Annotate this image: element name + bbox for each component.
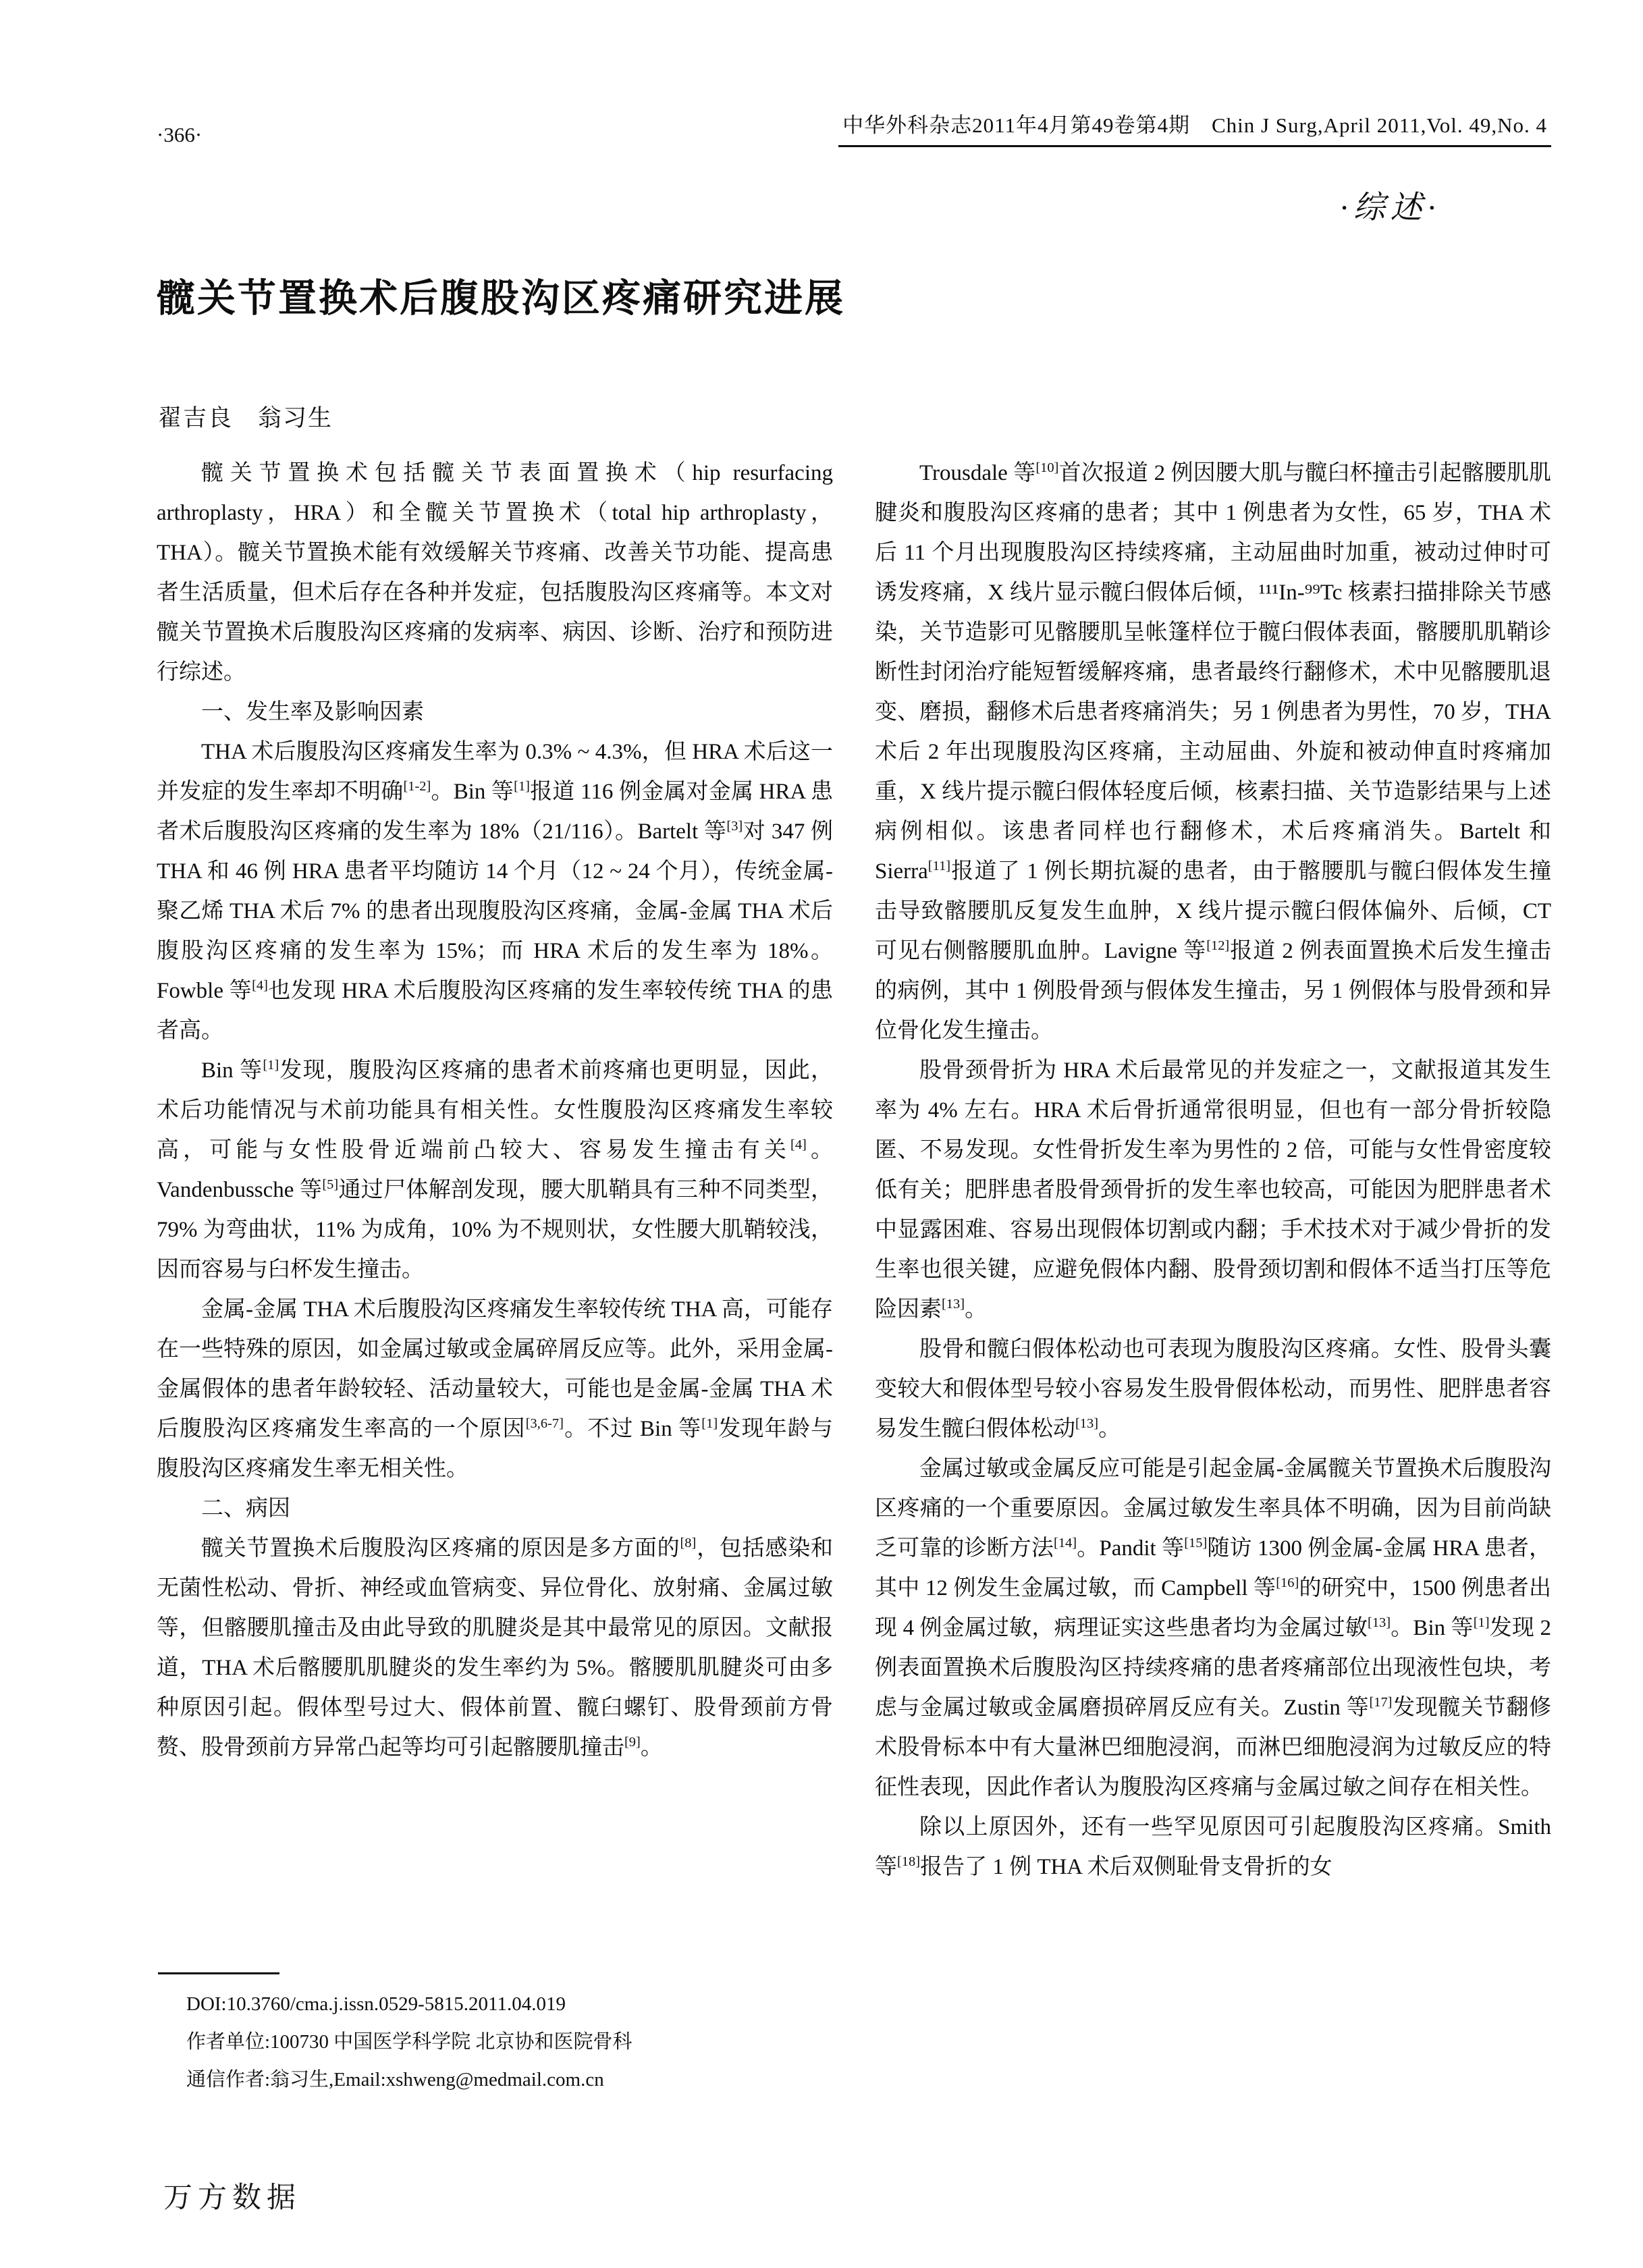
section-heading: 一、发生率及影响因素 <box>157 693 833 732</box>
correspondence-line: 通信作者:翁习生,Email:xshweng@medmail.com.cn <box>157 2061 833 2099</box>
reference-marker: [15] <box>1184 1536 1207 1550</box>
reference-marker: [18] <box>897 1854 920 1869</box>
reference-marker: [16] <box>1276 1575 1299 1590</box>
reference-marker: [4] <box>790 1137 807 1152</box>
reference-marker: [4] <box>252 978 268 993</box>
page-header: ·366· 中华外科杂志2011年4月第49卷第4期 Chin J Surg,A… <box>157 108 1551 147</box>
reference-marker: [5] <box>322 1177 338 1192</box>
paragraph: 金属-金属 THA 术后腹股沟区疼痛发生率较传统 THA 高，可能存在一些特殊的… <box>157 1290 833 1489</box>
reference-marker: [3] <box>726 819 743 834</box>
footnote-divider <box>158 1972 279 1974</box>
journal-citation: 中华外科杂志2011年4月第49卷第4期 Chin J Surg,April 2… <box>838 108 1551 147</box>
reference-marker: [10] <box>1035 460 1058 475</box>
article-title: 髋关节置换术后腹股沟区疼痛研究进展 <box>157 267 845 323</box>
reference-marker: [9] <box>624 1735 641 1750</box>
reference-marker: [1] <box>263 1058 279 1073</box>
paragraph: 髋关节置换术后腹股沟区疼痛的原因是多方面的[8]，包括感染和无菌性松动、骨折、神… <box>157 1529 833 1768</box>
paragraph: 除以上原因外，还有一些罕见原因可引起腹股沟区疼痛。Smith 等[18]报告了 … <box>875 1808 1551 1887</box>
reference-marker: [12] <box>1206 938 1229 953</box>
paragraph: 金属过敏或金属反应可能是引起金属-金属髋关节置换术后腹股沟区疼痛的一个重要原因。… <box>875 1449 1551 1808</box>
paragraph: Bin 等[1]发现，腹股沟区疼痛的患者术前疼痛也更明显，因此，术后功能情况与术… <box>157 1051 833 1290</box>
reference-marker: [13] <box>1368 1615 1391 1630</box>
doi-line: DOI:10.3760/cma.j.issn.0529-5815.2011.04… <box>157 1985 833 2023</box>
footnote-block: DOI:10.3760/cma.j.issn.0529-5815.2011.04… <box>157 1972 833 2099</box>
reference-marker: [1] <box>1474 1615 1490 1630</box>
paragraph: 股骨和髋臼假体松动也可表现为腹股沟区疼痛。女性、股骨头囊变较大和假体型号较小容易… <box>875 1330 1551 1449</box>
reference-marker: [14] <box>1054 1536 1077 1550</box>
reference-marker: [13] <box>1075 1416 1098 1431</box>
reference-marker: [3,6-7] <box>526 1416 564 1431</box>
paragraph: Trousdale 等[10]首次报道 2 例因腰大肌与髋臼杯撞击引起髂腰肌肌腱… <box>875 454 1551 1051</box>
reference-marker: [8] <box>680 1536 696 1550</box>
reference-marker: [1] <box>701 1416 718 1431</box>
article-type-label: ·综述· <box>1340 182 1441 227</box>
reference-marker: [13] <box>942 1297 965 1312</box>
wanfang-watermark: 万方数据 <box>163 2175 301 2216</box>
reference-marker: [1] <box>514 779 530 794</box>
paragraph: 股骨颈骨折为 HRA 术后最常见的并发症之一，文献报道其发生率为 4% 左右。H… <box>875 1051 1551 1330</box>
paragraph: 髋关节置换术包括髋关节表面置换术（hip resurfacing arthrop… <box>157 454 833 693</box>
affiliation-line: 作者单位:100730 中国医学科学院 北京协和医院骨科 <box>157 2023 833 2061</box>
reference-marker: [11] <box>928 859 950 873</box>
journal-page: ·366· 中华外科杂志2011年4月第49卷第4期 Chin J Surg,A… <box>0 0 1643 2268</box>
section-heading: 二、病因 <box>157 1489 833 1529</box>
paragraph: THA 术后腹股沟区疼痛发生率为 0.3% ~ 4.3%，但 HRA 术后这一并… <box>157 732 833 1051</box>
left-column: 髋关节置换术包括髋关节表面置换术（hip resurfacing arthrop… <box>157 454 833 1964</box>
right-column: Trousdale 等[10]首次报道 2 例因腰大肌与髋臼杯撞击引起髂腰肌肌腱… <box>875 454 1551 2222</box>
reference-marker: [1-2] <box>403 779 431 794</box>
reference-marker: [17] <box>1369 1695 1392 1710</box>
page-number: ·366· <box>157 123 202 147</box>
author-names: 翟吉良 翁习生 <box>158 400 333 433</box>
